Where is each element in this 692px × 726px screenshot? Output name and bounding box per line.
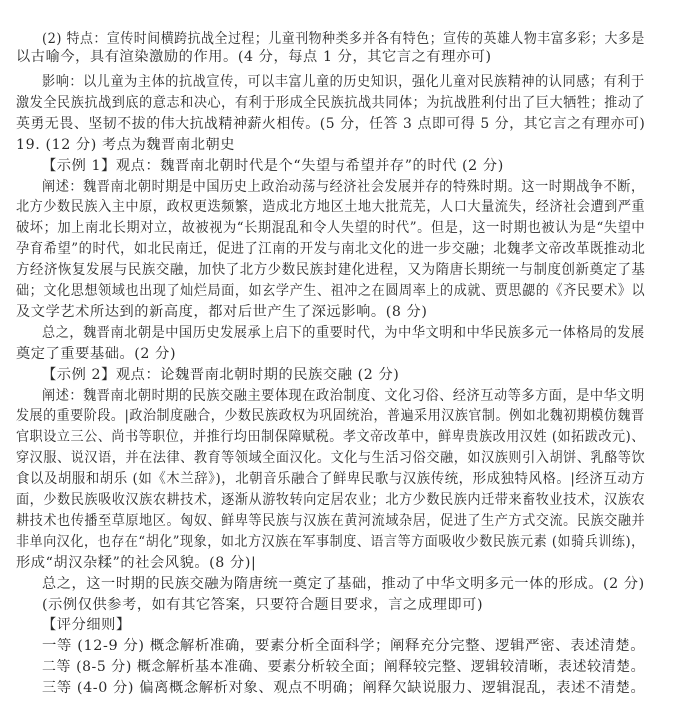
example-2-viewpoint: 【示例 2】观点：论魏晋南北朝时期的民族交融 (2 分) — [42, 366, 399, 384]
example-1-viewpoint: 【示例 1】观点：魏晋南北朝时代是个“失望与希望并存”的时代 (2 分) — [42, 157, 504, 175]
scoring-rules-heading: 【评分细则】 — [42, 616, 131, 634]
example-2-body-line-7: 耕技术也传播至草原地区。匈奴、鲜卑等民族与汉族在黄河流域杂居，促进了生产方式交流… — [16, 512, 645, 530]
reference-note: (示例仅供参考，如有其它答案，只要符合题目要求，言之成理即可) — [42, 596, 483, 614]
answer-18-2-impact-line-1: 影响：以儿童为主体的抗战宣传，可以丰富儿童的历史知识，强化儿童对民族精神的认同感… — [42, 73, 645, 91]
example-1-body-line-7: 及文学艺术所达到的新高度，都对后世产生了深远影响。(8 分) — [16, 303, 427, 321]
answer-18-2-features-line-2: 以古喻今，具有渲染激励的作用。(4 分，每点 1 分，其它言之有理亦可) — [16, 48, 492, 66]
example-2-body-line-1: 阐述：魏晋南北朝时期的民族交融主要体现在政治制度、文化习俗、经济互动等多方面，是… — [42, 387, 645, 405]
example-1-body-line-3: 破坏；加上南北长期对立，故被视为“长期混乱和令人失望的时代”。但是，这一时期也被… — [16, 219, 645, 237]
example-1-body-line-1: 阐述：魏晋南北朝时期是中国历史上政治动荡与经济社会发展并存的特殊时期。这一时期战… — [42, 178, 645, 196]
example-1-body-line-2: 北方少数民族入主中原，政权更迭频繁，造成北方地区土地大批荒芜，人口大量流失，经济… — [16, 198, 645, 216]
example-1-conclusion-line-1: 总之，魏晋南北朝是中国历史发展承上启下的重要时代，为中华文明和中华民族多元一体格… — [42, 324, 645, 342]
example-2-body-line-6: 面，少数民族吸收汉族农耕技术，逐渐从游牧转向定居农业；北方少数民族内迁带来畜牧业… — [16, 491, 645, 509]
document-page: (2) 特点：宣传时间横跨抗战全过程；儿童刊物种类多并各有特色；宣传的英雄人物丰… — [0, 0, 692, 726]
scoring-tier-2: 二等 (8-5 分) 概念解析基本准确、要素分析较全面；阐释较完整、逻辑较清晰，… — [42, 658, 645, 676]
answer-18-2-features-line-1: (2) 特点：宣传时间横跨抗战全过程；儿童刊物种类多并各有特色；宣传的英雄人物丰… — [42, 30, 645, 48]
answer-18-2-impact-line-2: 激发全民族抗战到底的意志和决心，有利于形成全民族抗战共同体；为抗战胜利付出了巨大… — [16, 94, 645, 112]
example-1-conclusion-line-2: 奠定了重要基础。(2 分) — [16, 345, 176, 363]
example-2-body-line-3: 官职设立三公、尚书等职位，并推行均田制保障赋税。孝文帝改革中，鲜卑贵族改用汉姓 … — [16, 428, 645, 446]
scoring-tier-3: 三等 (4-0 分) 偏离概念解析对象、观点不明确；阐释欠缺说服力、逻辑混乱，表… — [42, 679, 645, 697]
answer-18-2-impact-line-3: 英勇无畏、坚韧不拔的伟大抗战精神薪火相传。(5 分，任答 3 点即可得 5 分，… — [16, 115, 645, 133]
example-1-body-line-4: 孕育希望”的时代，如北民南迁，促进了江南的开发与南北文化的进一步交融；北魏孝文帝… — [16, 240, 645, 258]
example-1-body-line-6: 础；文化思想领域也出现了灿烂局面，如玄学产生、祖冲之在圆周率上的成就、贾思勰的《… — [16, 282, 645, 300]
example-2-body-line-8: 非单向汉化，也存在“胡化”现象，如北方汉族在军事制度、语言等方面吸收少数民族元素… — [16, 533, 645, 551]
example-2-conclusion: 总之，这一时期的民族交融为隋唐统一奠定了基础，推动了中华文明多元一体的形成。(2… — [42, 575, 645, 593]
example-2-body-line-4: 穿汉服、说汉语，并在法律、教育等领域全面汉化。文化与生活习俗交融，如汉族则引入胡… — [16, 449, 645, 467]
scoring-tier-1: 一等 (12-9 分) 概念解析准确，要素分析全面科学；阐释充分完整、逻辑严密、… — [42, 637, 645, 655]
question-19-heading: 19. (12 分) 考点为魏晋南北朝史 — [16, 136, 235, 154]
example-1-body-line-5: 方经济恢复发展与民族交融，加快了北方少数民族封建化进程，又为隋唐长期统一与制度创… — [16, 261, 645, 279]
example-2-body-line-2: 发展的重要阶段。|政治制度融合，少数民族政权为巩固统治，普遍采用汉族官制。例如北… — [16, 407, 645, 425]
example-2-body-line-5: 食以及胡服和胡乐 (如《木兰辞》)，北朝音乐融合了鲜卑民歌与汉族传统，形成独特风… — [16, 470, 645, 488]
example-2-body-line-9: 形成“胡汉杂糅”的社会风貌。(8 分)| — [16, 554, 256, 572]
